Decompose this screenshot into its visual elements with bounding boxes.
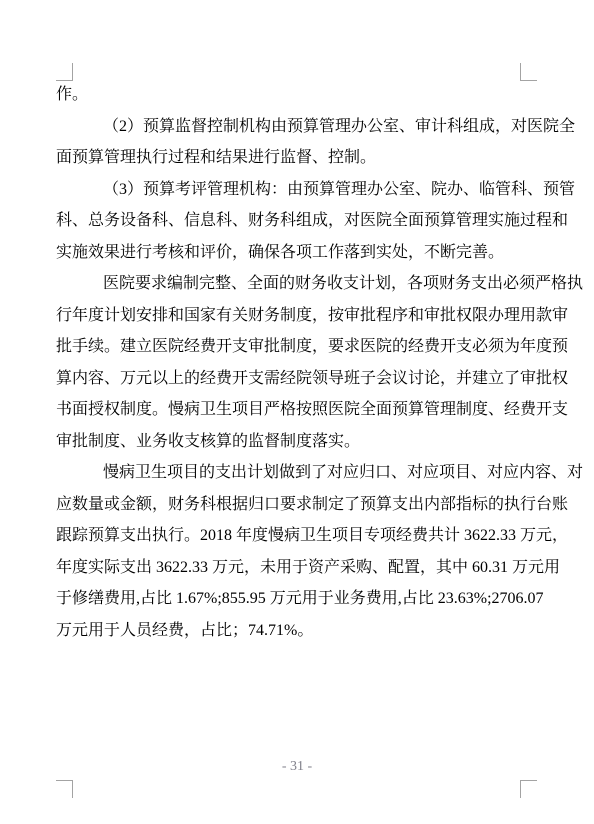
text-line: 年度实际支出 3622.33 万元，未用于资产采购、配置，其中 60.31 万元… bbox=[56, 552, 537, 584]
text-line: 书面授权制度。慢病卫生项目严格按照医院全面预算管理制度、经费开支 bbox=[56, 394, 537, 426]
text-boundary-mark-bottom-left bbox=[56, 780, 73, 798]
text-line: （3）预算考评管理机构：由预算管理办公室、院办、临管科、预管 bbox=[56, 174, 537, 206]
text-line: 慢病卫生项目的支出计划做到了对应归口、对应项目、对应内容、对 bbox=[56, 457, 537, 489]
text-line: 医院要求编制完整、全面的财务收支计划，各项财务支出必须严格执 bbox=[56, 268, 537, 300]
text-line: 算内容、万元以上的经费开支需经院领导班子会议讨论，并建立了审批权 bbox=[56, 363, 537, 395]
text-line: 审批制度、业务收支核算的监督制度落实。 bbox=[56, 426, 537, 458]
text-line: 行年度计划安排和国家有关财务制度，按审批程序和审批权限办理用款审 bbox=[56, 300, 537, 332]
text-line: 于修缮费用,占比 1.67%;855.95 万元用于业务费用,占比 23.63%… bbox=[56, 583, 537, 615]
text-line: 应数量或金额，财务科根据归口要求制定了预算支出内部指标的执行台账 bbox=[56, 489, 537, 521]
text-line: 作。 bbox=[56, 79, 537, 111]
document-page: 作。（2）预算监督控制机构由预算管理办公室、审计科组成，对医院全面预算管理执行过… bbox=[0, 0, 594, 824]
text-line: 万元用于人员经费，占比；74.71%。 bbox=[56, 615, 537, 647]
text-line: （2）预算监督控制机构由预算管理办公室、审计科组成，对医院全 bbox=[56, 111, 537, 143]
text-boundary-mark-bottom-right bbox=[520, 780, 537, 798]
text-line: 跟踪预算支出执行。2018 年度慢病卫生项目专项经费共计 3622.33 万元， bbox=[56, 520, 537, 552]
page-number: - 31 - bbox=[0, 759, 594, 775]
text-line: 面预算管理执行过程和结果进行监督、控制。 bbox=[56, 142, 537, 174]
text-line: 实施效果进行考核和评价，确保各项工作落到实处，不断完善。 bbox=[56, 237, 537, 269]
text-line: 科、总务设备科、信息科、财务科组成，对医院全面预算管理实施过程和 bbox=[56, 205, 537, 237]
text-line: 批手续。建立医院经费开支审批制度，要求医院的经费开支必须为年度预 bbox=[56, 331, 537, 363]
document-body-text: 作。（2）预算监督控制机构由预算管理办公室、审计科组成，对医院全面预算管理执行过… bbox=[56, 79, 537, 646]
